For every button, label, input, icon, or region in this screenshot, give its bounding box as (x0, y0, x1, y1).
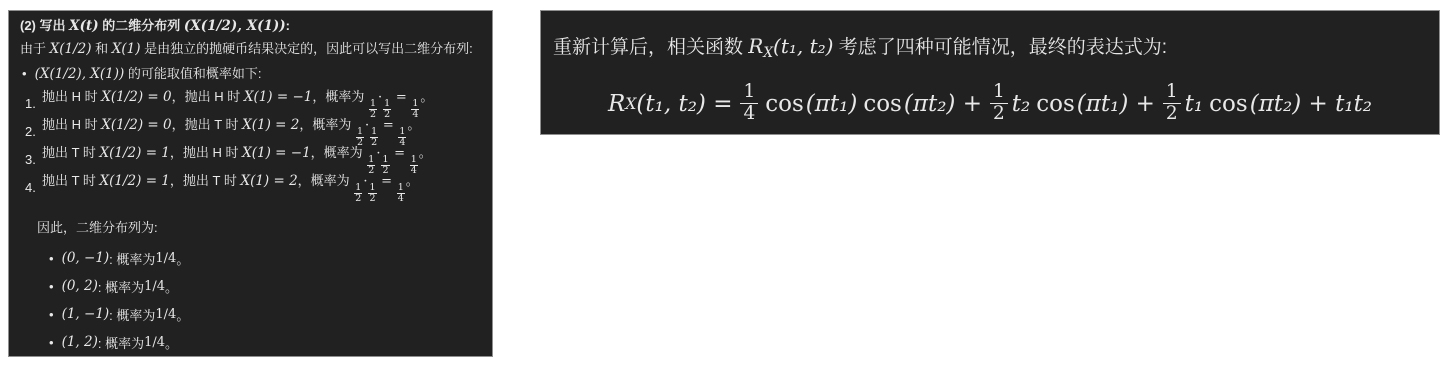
case-text: ，概率为 (312, 89, 368, 104)
probability-fraction: 14 (397, 183, 405, 204)
case-item: 3. 抛出 T 时 X(1/2) = 1，抛出 H 时 X(1) = −1，概率… (20, 145, 481, 173)
math-operator: = (396, 90, 407, 105)
case-text: ，抛出 H 时 (172, 89, 244, 104)
fraction: 14 (740, 82, 758, 124)
correlation-formula-panel: 重新计算后，相关函数 RX(t₁, t₂) 考虑了四种可能情况，最终的表达式为:… (540, 10, 1440, 135)
math-expression: (πt₂) + t₁t₂ (1250, 91, 1372, 117)
case-text: 。 (420, 89, 433, 104)
pair-text: : 概率为 (98, 277, 144, 296)
math-expression: (0, 2) (62, 278, 98, 294)
bullet-icon: • (49, 279, 54, 294)
math-expression: (πt₂) + (904, 91, 982, 117)
case-text: 抛出 T 时 (42, 173, 100, 188)
pair-text: 。 (165, 277, 178, 296)
intro-text: 和 (92, 41, 112, 56)
bullet-icon: • (49, 335, 54, 350)
pair-item: •(1, −1): 概率为 1/4。 (20, 300, 481, 328)
math-expression: (πt₁) + (1077, 91, 1155, 117)
pair-text: : 概率为 (109, 305, 155, 324)
pair-text: : 概率为 (109, 249, 155, 268)
math-expression: X(1/2) = 1 (100, 173, 170, 189)
title-text: : (286, 18, 290, 33)
math-variable: t₂ (1012, 91, 1030, 117)
case-number: 3. (25, 152, 35, 167)
fraction: 12 (990, 82, 1008, 124)
bullet-icon: • (22, 64, 27, 84)
formula-heading: 重新计算后，相关函数 RX(t₁, t₂) 考虑了四种可能情况，最终的表达式为: (553, 23, 1427, 60)
bullet-icon: • (49, 307, 54, 322)
math-expression: (1, 2) (62, 334, 98, 350)
pair-item: •(1, 2): 概率为 1/4。 (20, 328, 481, 356)
conclusion-text: 因此，二维分布列为: (37, 218, 481, 238)
distribution-derivation-panel: (2) 写出 X(t) 的二维分布列 (X(1/2), X(1)): 由于 X(… (8, 10, 493, 357)
case-text: 抛出 H 时 (42, 117, 101, 132)
case-text: 抛出 T 时 (42, 145, 100, 160)
bullet-intro: •(X(1/2), X(1)) 的可能取值和概率如下: (20, 64, 481, 84)
cos-function: cos (863, 91, 902, 117)
math-expression: X(1) (112, 41, 141, 57)
math-expression: X(1) = −1 (242, 145, 311, 161)
case-text: ，抛出 T 时 (172, 117, 243, 132)
math-expression: X(1/2) = 1 (100, 145, 170, 161)
fraction: 12 (1163, 82, 1181, 124)
pair-text: 。 (165, 333, 178, 352)
cos-function: cos (1209, 91, 1248, 117)
heading-text: 重新计算后，相关函数 (553, 37, 748, 58)
probability-fraction: 12 (354, 183, 362, 204)
math-expression: (πt₁) (806, 91, 858, 117)
probability-fraction: 12 (368, 183, 376, 204)
intro-paragraph: 由于 X(1/2) 和 X(1) 是由独立的抛硬币结果决定的，因此可以写出二维分… (20, 39, 481, 59)
math-expression: X(1/2) = 0 (101, 89, 171, 105)
math-expression: X(1) = 2 (242, 117, 299, 133)
title-text: (2) 写出 (20, 18, 69, 33)
heading-text: 考虑了四种可能情况，最终的表达式为: (833, 37, 1167, 58)
pair-item: •(0, −1): 概率为 1/4。 (20, 244, 481, 272)
probability-value: 1/4 (155, 251, 176, 266)
case-text: 。 (406, 173, 419, 188)
case-item: 2. 抛出 H 时 X(1/2) = 0，抛出 T 时 X(1) = 2，概率为… (20, 117, 481, 145)
bullet-intro-text: 的可能取值和概率如下: (124, 66, 261, 81)
math-operator: · (378, 90, 382, 105)
intro-text: 由于 (20, 41, 50, 56)
math-expression: (X(1/2), X(1)) (35, 66, 125, 82)
cos-function: cos (765, 91, 804, 117)
case-item: 4. 抛出 T 时 X(1/2) = 1，抛出 T 时 X(1) = 2，概率为… (20, 173, 481, 201)
case-item: 1. 抛出 H 时 X(1/2) = 0，抛出 H 时 X(1) = −1，概率… (20, 89, 481, 117)
correlation-formula: RX(t₁, t₂) = 14 cos(πt₁) cos(πt₂) + 12 t… (608, 82, 1372, 124)
section-title: (2) 写出 X(t) 的二维分布列 (X(1/2), X(1)): (20, 16, 481, 36)
subscript: X (763, 45, 773, 61)
cos-function: cos (1036, 91, 1075, 117)
pair-text: 。 (176, 249, 189, 268)
math-expression: (t₁, t₂) = (636, 91, 732, 117)
pair-item: •(0, 2): 概率为 1/4。 (20, 272, 481, 300)
title-text: 的二维分布列 (99, 18, 184, 33)
case-text: 。 (407, 117, 420, 132)
pair-text: : 概率为 (98, 333, 144, 352)
math-expression: X(1/2) = 0 (101, 117, 171, 133)
probability-value: 1/4 (144, 335, 165, 350)
case-number: 2. (25, 124, 35, 139)
case-text: 。 (419, 145, 432, 160)
math-operator: = (383, 118, 394, 133)
case-text: ，概率为 (311, 145, 367, 160)
pair-text: 。 (176, 305, 189, 324)
case-text: ，抛出 T 时 (170, 173, 241, 188)
case-text: ，概率为 (298, 173, 354, 188)
math-expression: (X(1/2), X(1)) (184, 18, 286, 34)
math-expression: (1, −1) (62, 306, 110, 322)
intro-text: 是由独立的抛硬币结果决定的，因此可以写出二维分布列: (140, 41, 472, 56)
math-expression: X(t) (69, 18, 99, 34)
case-number: 4. (25, 180, 35, 195)
math-variable: t₁ (1185, 91, 1203, 117)
case-text: 抛出 H 时 (42, 89, 101, 104)
case-number: 1. (25, 96, 35, 111)
math-operator: · (376, 146, 380, 161)
math-operator: · (365, 118, 369, 133)
math-variable: R (608, 91, 625, 117)
case-text: ，概率为 (299, 117, 355, 132)
math-expression: X(1) = −1 (244, 89, 313, 105)
math-expression: X(1/2) (50, 41, 92, 57)
math-operator: = (394, 146, 405, 161)
math-expression: (0, −1) (62, 250, 110, 266)
bullet-icon: • (49, 251, 54, 266)
probability-value: 1/4 (144, 279, 165, 294)
math-expression: X(1) = 2 (240, 173, 297, 189)
math-operator: · (363, 174, 367, 189)
probability-value: 1/4 (155, 307, 176, 322)
formula-container: RX(t₁, t₂) = 14 cos(πt₁) cos(πt₂) + 12 t… (553, 60, 1427, 134)
distribution-pair-list: •(0, −1): 概率为 1/4。 •(0, 2): 概率为 1/4。 •(1… (20, 244, 481, 356)
case-text: ，抛出 H 时 (170, 145, 242, 160)
math-expression: RX(t₁, t₂) (748, 34, 833, 58)
case-list: 1. 抛出 H 时 X(1/2) = 0，抛出 H 时 X(1) = −1，概率… (20, 89, 481, 201)
math-operator: = (381, 174, 392, 189)
